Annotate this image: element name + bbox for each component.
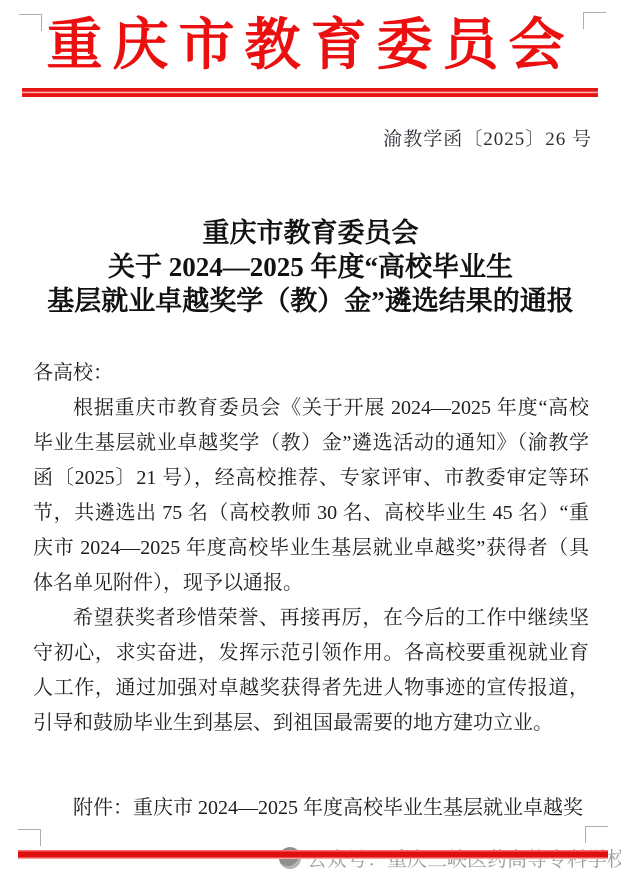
letterhead-org-name: 重庆市教育委员会 xyxy=(0,6,621,86)
document-title-line-3: 基层就业卓越奖学（教）金”遴选结果的通报 xyxy=(0,284,621,318)
footer-red-rule xyxy=(18,850,608,859)
body-paragraph-1: 根据重庆市教育委员会《关于开展 2024—2025 年度“高校毕业生基层就业卓越… xyxy=(33,391,589,601)
document-number: 渝教学函〔2025〕26 号 xyxy=(383,124,592,151)
official-document-page: 重庆市教育委员会 渝教学函〔2025〕26 号 重庆市教育委员会 关于 2024… xyxy=(0,0,621,887)
salutation: 各高校： xyxy=(33,356,589,391)
letterhead-red-rule xyxy=(22,88,598,97)
document-title-line-2: 关于 2024—2025 年度“高校毕业生 xyxy=(0,250,621,284)
document-body: 各高校： 根据重庆市教育委员会《关于开展 2024—2025 年度“高校毕业生基… xyxy=(33,356,589,741)
crop-mark-bottom-left xyxy=(18,829,41,846)
crop-mark-bottom-right xyxy=(585,826,608,843)
attachment-note: 附件：重庆市 2024—2025 年度高校毕业生基层就业卓越奖 xyxy=(33,793,589,823)
document-title-line-1: 重庆市教育委员会 xyxy=(0,216,621,250)
body-paragraph-2: 希望获奖者珍惜荣誉、再接再厉，在今后的工作中继续坚守初心，求实奋进，发挥示范引领… xyxy=(33,601,589,741)
document-title: 重庆市教育委员会 关于 2024—2025 年度“高校毕业生 基层就业卓越奖学（… xyxy=(0,216,621,318)
